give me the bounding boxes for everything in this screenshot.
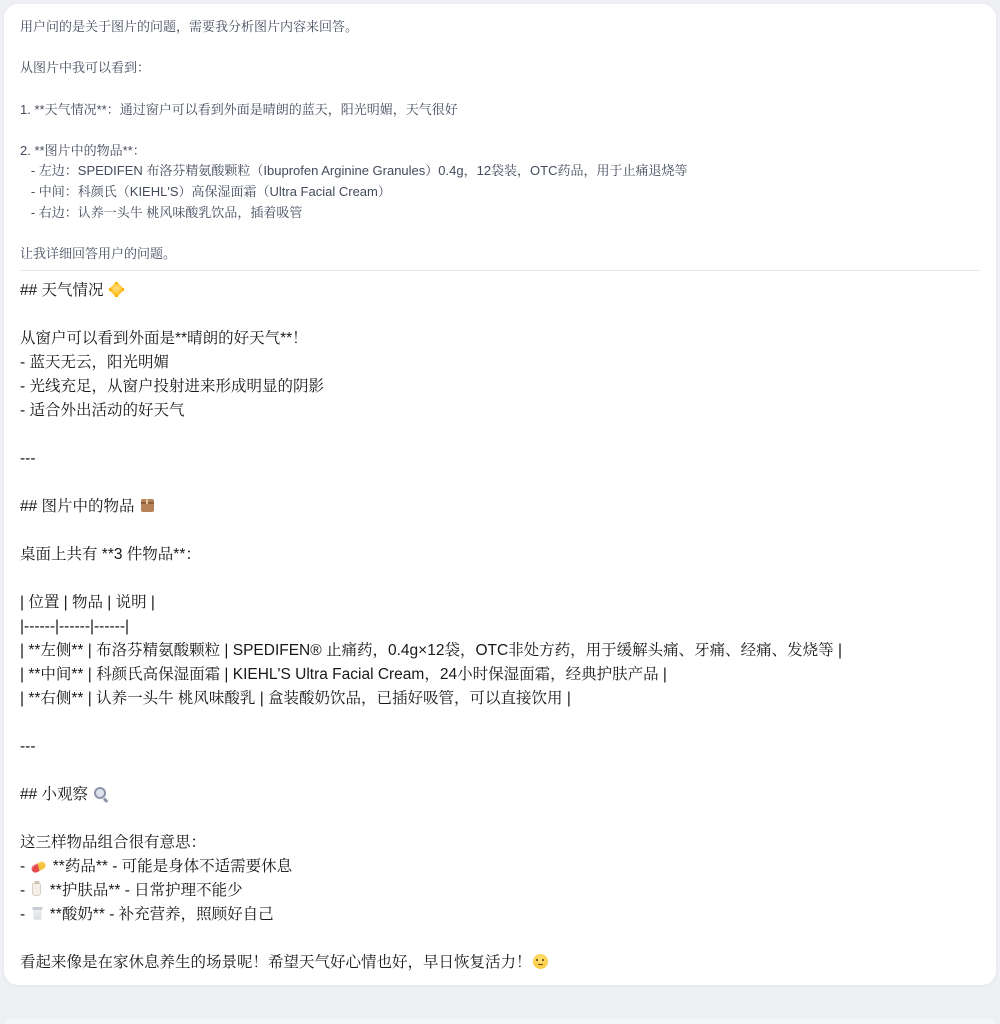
text-line — [20, 927, 980, 951]
package-emoji — [141, 499, 154, 512]
text-line: - 光线充足，从窗户投射进来形成明显的阴影 — [20, 375, 980, 399]
text-line: ## 小观察 — [20, 783, 980, 807]
text-line — [20, 759, 980, 783]
text-line: - 蓝天无云，阳光明媚 — [20, 351, 980, 375]
smile-emoji — [533, 954, 548, 969]
text-line: - **药品** - 可能是身体不适需要休息 — [20, 855, 980, 879]
text-line: - **酸奶** - 补充营养，照顾好自己 — [20, 903, 980, 927]
response-section: ## 天气情况 从窗户可以看到外面是**晴朗的好天气**！- 蓝天无云，阳光明媚… — [20, 279, 980, 975]
text-line — [20, 120, 980, 141]
text-line — [20, 38, 980, 59]
text-line — [20, 223, 980, 244]
text-line: ## 图片中的物品 — [20, 495, 980, 519]
text-line — [20, 79, 980, 100]
text-line: 从窗户可以看到外面是**晴朗的好天气**！ — [20, 327, 980, 351]
text-line — [20, 711, 980, 735]
milk-emoji — [31, 907, 43, 920]
thinking-section: 用户问的是关于图片的问题，需要我分析图片内容来回答。 从图片中我可以看到： 1.… — [20, 17, 980, 265]
text-line: - 中间：科颜氏（KIEHL'S）高保湿面霜（Ultra Facial Crea… — [20, 182, 980, 203]
text-line: - 右边：认养一头牛 桃风味酸乳饮品，插着吸管 — [20, 203, 980, 224]
magnifier-emoji — [93, 786, 108, 801]
text-line: --- — [20, 735, 980, 759]
text-line: | **右侧** | 认养一头牛 桃风味酸乳 | 盒装酸奶饮品，已插好吸管，可以… — [20, 687, 980, 711]
text-line: |------|------|------| — [20, 615, 980, 639]
text-line: 这三样物品组合很有意思： — [20, 831, 980, 855]
text-line: 2. **图片中的物品**： — [20, 141, 980, 162]
text-line: 从图片中我可以看到： — [20, 58, 980, 79]
lotion-emoji — [32, 883, 41, 896]
text-line: 让我详细回答用户的问题。 — [20, 244, 980, 265]
sun-emoji — [109, 282, 124, 297]
text-line: | **中间** | 科颜氏高保湿面霜 | KIEHL'S Ultra Faci… — [20, 663, 980, 687]
text-line — [20, 303, 980, 327]
next-card-top-edge — [5, 1019, 995, 1024]
text-line — [20, 519, 980, 543]
text-line: --- — [20, 447, 980, 471]
text-line — [20, 471, 980, 495]
text-line: ## 天气情况 — [20, 279, 980, 303]
text-line: - 左边：SPEDIFEN 布洛芬精氨酸颗粒（Ibuprofen Arginin… — [20, 161, 980, 182]
pill-emoji — [30, 860, 47, 874]
text-line — [20, 807, 980, 831]
text-line: - 适合外出活动的好天气 — [20, 399, 980, 423]
text-line: 桌面上共有 **3 件物品**： — [20, 543, 980, 567]
text-line — [20, 567, 980, 591]
text-line — [20, 423, 980, 447]
text-line: | 位置 | 物品 | 说明 | — [20, 591, 980, 615]
text-line: 用户问的是关于图片的问题，需要我分析图片内容来回答。 — [20, 17, 980, 38]
text-line: | **左侧** | 布洛芬精氨酸颗粒 | SPEDIFEN® 止痛药，0.4g… — [20, 639, 980, 663]
assistant-message-card: 用户问的是关于图片的问题，需要我分析图片内容来回答。 从图片中我可以看到： 1.… — [4, 4, 996, 985]
text-line: 1. **天气情况**：通过窗户可以看到外面是晴朗的蓝天，阳光明媚，天气很好 — [20, 100, 980, 121]
text-line: - **护肤品** - 日常护理不能少 — [20, 879, 980, 903]
text-line: 看起来像是在家休息养生的场景呢！希望天气好心情也好，早日恢复活力！ — [20, 951, 980, 975]
section-divider — [20, 270, 980, 271]
